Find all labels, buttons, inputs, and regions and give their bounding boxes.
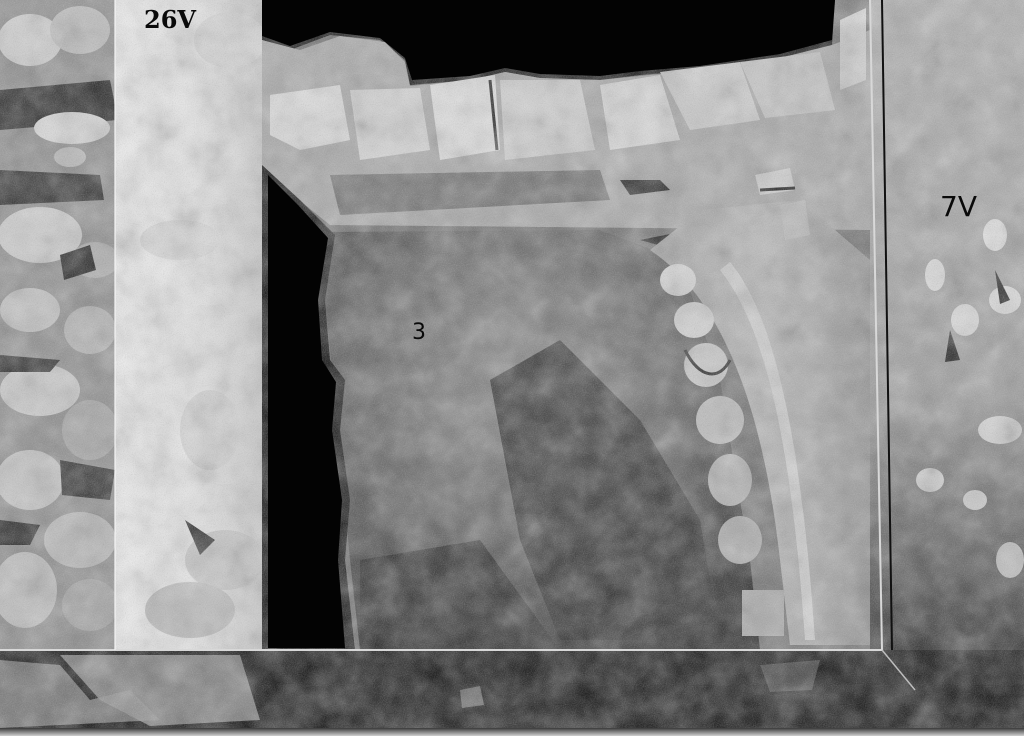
locus-label-7v: 7V xyxy=(940,193,977,221)
excavation-photo: 26V 7V 3 xyxy=(0,0,1024,736)
excavation-scene xyxy=(0,0,1024,736)
photo-print-edge xyxy=(0,728,1024,736)
locus-label-26v: 26V xyxy=(144,8,196,32)
locus-label-3: 3 xyxy=(412,322,426,344)
